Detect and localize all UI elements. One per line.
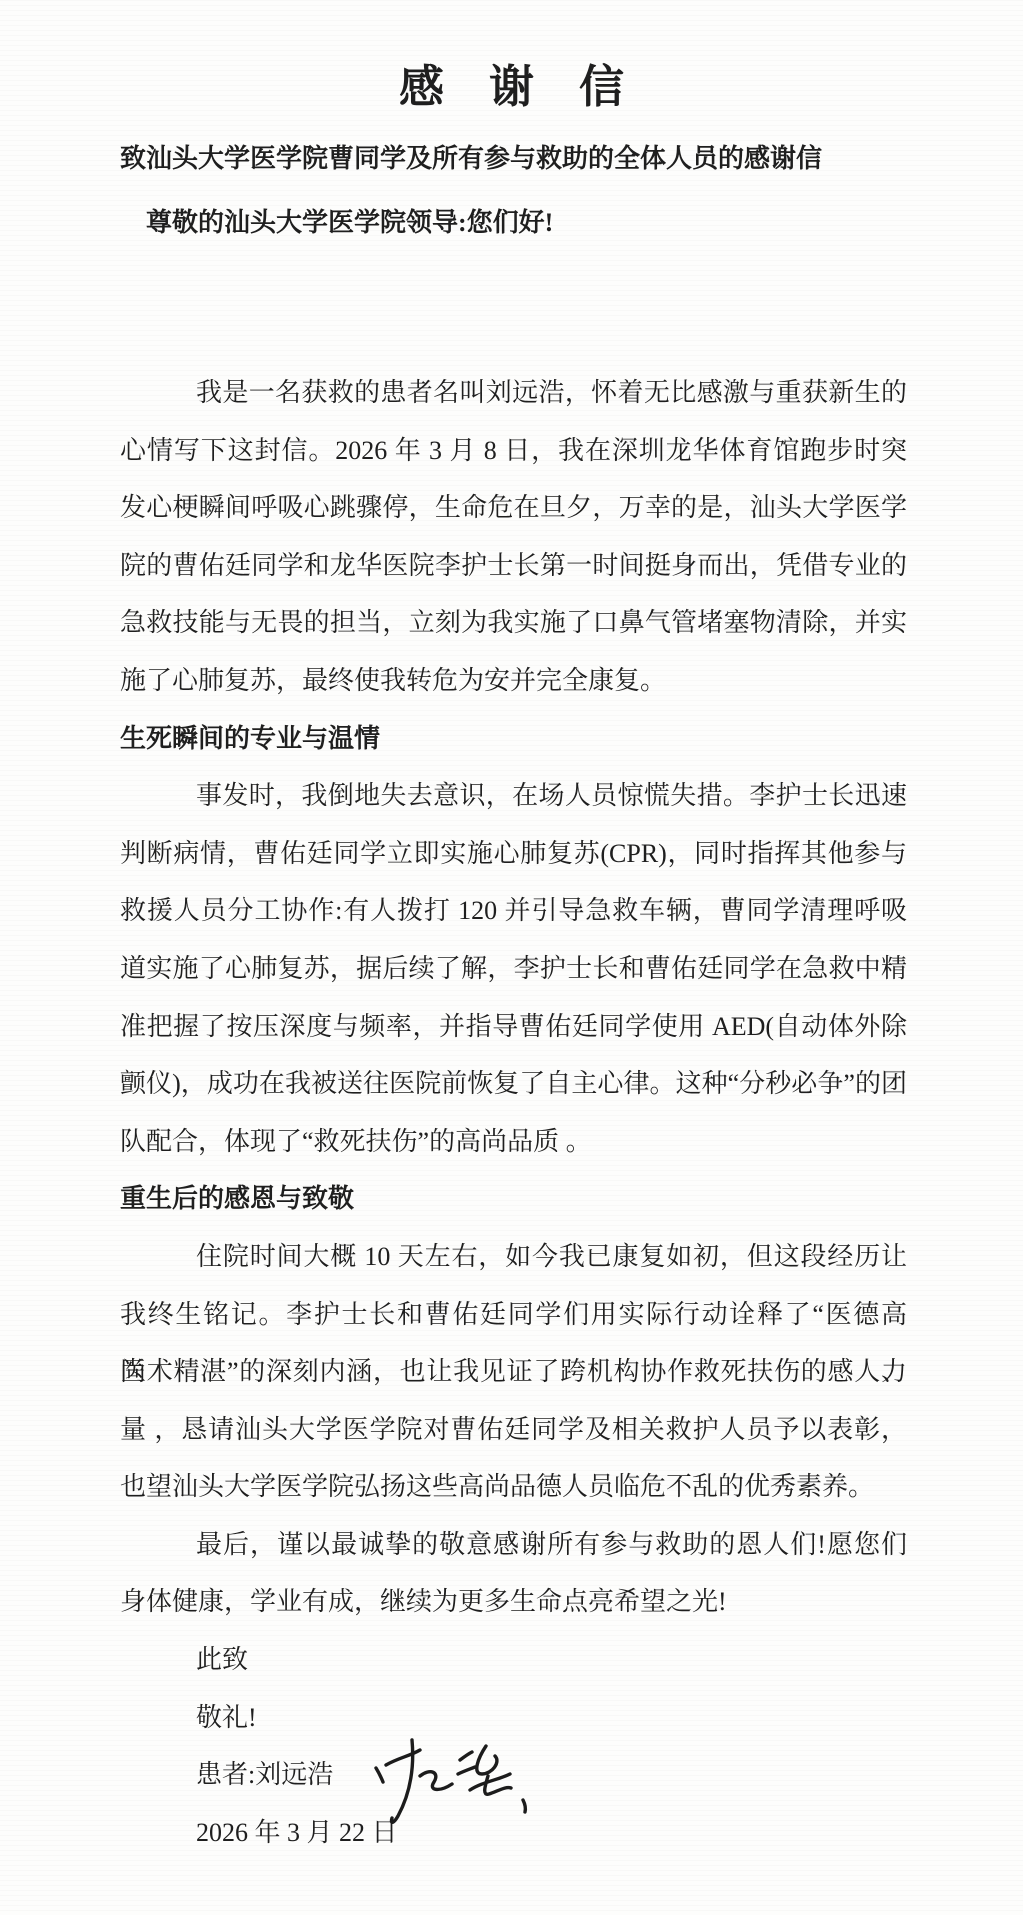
paragraph-line: 救援人员分工协作:有人拨打 120 并引导急救车辆，曹同学清理呼吸 [120, 882, 907, 940]
paragraph-line: 判断病情，曹佑廷同学立即实施心肺复苏(CPR)，同时指挥其他参与 [120, 825, 907, 883]
paragraph-line: 心情写下这封信。2026 年 3 月 8 日，我在深圳龙华体育馆跑步时突 [120, 422, 907, 480]
paragraph-line: 身体健康，学业有成，继续为更多生命点亮希望之光! [120, 1573, 907, 1631]
paragraph-line: 院的曹佑廷同学和龙华医院李护士长第一时间挺身而出，凭借专业的 [120, 537, 907, 595]
paragraph-line: 量 ，恳请汕头大学医学院对曹佑廷同学及相关救护人员予以表彰， [120, 1401, 907, 1459]
paragraph-line: 我是一名获救的患者名叫刘远浩，怀着无比感激与重获新生的 [120, 364, 907, 422]
paragraph-line: 道实施了心肺复苏，据后续了解，李护士长和曹佑廷同学在急救中精 [120, 940, 907, 998]
handwritten-signature [368, 1732, 543, 1832]
paragraph-line: 队配合，体现了“救死扶伤”的高尚品质 。 [120, 1113, 907, 1171]
paragraph-line: 颤仪)，成功在我被送往医院前恢复了自主心律。这种“分秒必争”的团 [120, 1055, 907, 1113]
paragraph-line: 住院时间大概 10 天左右，如今我已康复如初，但这段经历让 [120, 1228, 907, 1286]
paragraph-line: 最后，谨以最诚挚的敬意感谢所有参与救助的恩人们!愿您们 [120, 1516, 907, 1574]
section-heading-1: 生死瞬间的专业与温情 [120, 710, 907, 768]
letter-title: 感 谢 信 [0, 50, 1023, 115]
paragraph-line: 也望汕头大学医学院弘扬这些高尚品德人员临危不乱的优秀素养。 [120, 1458, 907, 1516]
paragraph-line: 我终生铭记。李护士长和曹佑廷同学们用实际行动诠释了“医德高尚、 [120, 1286, 907, 1344]
paragraph-line: 发心梗瞬间呼吸心跳骤停，生命危在旦夕，万幸的是，汕头大学医学 [120, 479, 907, 537]
closing-line: 此致 [120, 1631, 907, 1689]
letter-document: 感 谢 信 致汕头大学医学院曹同学及所有参与救助的全体人员的感谢信 尊敬的汕头大… [0, 0, 1023, 1915]
section-heading-2: 重生后的感恩与致敬 [120, 1170, 907, 1228]
letter-subtitle: 致汕头大学医学院曹同学及所有参与救助的全体人员的感谢信 [120, 138, 920, 175]
paragraph-line: 急救技能与无畏的担当，立刻为我实施了口鼻气管堵塞物清除，并实 [120, 594, 907, 652]
paragraph-line: 事发时，我倒地失去意识，在场人员惊慌失措。李护士长迅速 [120, 767, 907, 825]
paragraph-line: 施了心肺复苏，最终使我转危为安并完全康复。 [120, 652, 907, 710]
greeting-line: 尊敬的汕头大学医学院领导:您们好! [146, 202, 926, 239]
paragraph-line: 医术精湛”的深刻内涵，也让我见证了跨机构协作救死扶伤的感人力 [120, 1343, 907, 1401]
letter-body: 我是一名获救的患者名叫刘远浩，怀着无比感激与重获新生的 心情写下这封信。2026… [120, 364, 907, 1861]
paragraph-line: 准把握了按压深度与频率，并指导曹佑廷同学使用 AED(自动体外除 [120, 998, 907, 1056]
